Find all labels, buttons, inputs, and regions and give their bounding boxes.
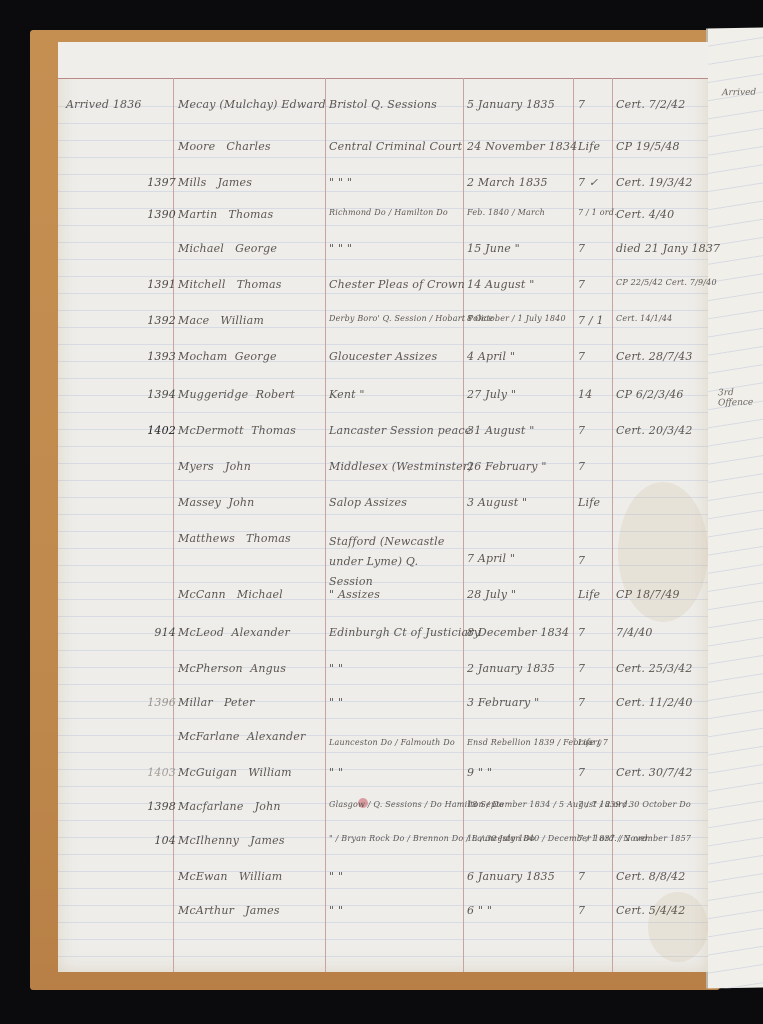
sentence: 7 [578,98,616,111]
conviction-date: 6 January 1835 [467,870,575,883]
court: Central Criminal Court [329,140,465,153]
register-row: 1398 Macfarlane John Glasgow / Q. Sessio… [58,800,708,830]
court: " " [329,766,465,779]
remark: Cert. 7/2/42 [616,98,706,111]
sentence: 7 [578,460,616,473]
court: Glasgow / Q. Sessions / Do Hamilton / Do [329,800,465,809]
remark: Cert. 30/7/42 [616,766,706,779]
register-row: 1391 Mitchell Thomas Chester Pleas of Cr… [58,278,708,308]
sentence: Life [578,140,616,153]
remark: Cert. 5/4/42 [616,904,706,917]
register-row: 1390 Martin Thomas Richmond Do / Hamilto… [58,208,708,238]
register-number: 1393 [128,350,176,363]
remark: CP 19/5/48 [616,140,706,153]
conviction-date: Feb. 1840 / March [467,208,575,217]
register-number: 1391 [128,278,176,291]
sentence: 7 [578,554,616,567]
register-row: McEwan William " " 6 January 1835 7 Cert… [58,870,708,900]
register-row: McPherson Angus " " 2 January 1835 7 Cer… [58,662,708,692]
convict-name: Mocham George [178,350,326,363]
register-row: 1394 Muggeridge Robert Kent " 27 July " … [58,388,708,418]
court: Gloucester Assizes [329,350,465,363]
conviction-date: 3 February " [467,696,575,709]
convict-name: Mills James [178,176,326,189]
convict-surname: Mecay (Mulchay) Edward [178,98,326,111]
court: Salop Assizes [329,496,465,509]
court: Stafford (Newcastle under Lyme) Q. Sessi… [329,532,461,592]
convict-name: McEwan William [178,870,326,883]
court: " " [329,870,465,883]
convict-name: Millar Peter [178,696,326,709]
register-number: 914 [128,626,176,639]
conviction-date: 8 October / 1 July 1840 [467,314,575,323]
court: " " " [329,242,465,255]
register-number: 1396 [128,696,176,709]
sentence: 7 [578,904,616,917]
register-row: Arrived 1836 Mecay (Mulchay) Edward Bris… [58,98,708,128]
conviction-date: 8 December 1834 [467,626,575,639]
convict-name: Matthews Thomas [178,532,326,545]
sentence: 14 [578,388,616,401]
remark: Cert. 19/3/42 [616,176,706,189]
register-row: Moore Charles Central Criminal Court 24 … [58,140,708,170]
convict-name: McLeod Alexander [178,626,326,639]
sentence: 7 ✓ [578,176,616,189]
convict-name: Mace William [178,314,326,327]
register-number: 1390 [128,208,176,221]
register-row: McFarlane Alexander Launceston Do / Falm… [58,730,708,760]
register-row: 1403 McGuigan William " " 9 " " 7 Cert. … [58,766,708,796]
court: " " [329,904,465,917]
convict-name: McPherson Angus [178,662,326,675]
header-rule [58,78,708,79]
convict-name: Myers John [178,460,326,473]
sentence: 7 [578,870,616,883]
convict-name: Massey John [178,496,326,509]
remark: Cert. 11/2/40 [616,696,706,709]
conviction-date: 31 August " [467,424,575,437]
conviction-date: 2 January 1835 [467,662,575,675]
convict-name: McCann Michael [178,588,326,601]
sentence: 7 [578,766,616,779]
register-row: Michael George " " " 15 June " 7 died 21… [58,242,708,272]
court: Launceston Do / Falmouth Do [329,738,465,747]
conviction-date: 14 August " [467,278,575,291]
convict-name: McFarlane Alexander [178,730,326,743]
sentence: 7 [578,350,616,363]
sentence: 7 [578,696,616,709]
sentence: Life [578,588,616,601]
register-number: 104 [128,834,176,847]
remark: CP 6/2/3/46 [616,388,706,401]
convict-name: Martin Thomas [178,208,326,221]
remark: Cert. 20/3/42 [616,424,706,437]
convict-name: Mitchell Thomas [178,278,326,291]
register-number: 1402 [128,424,176,437]
conviction-date: 3 August " [467,496,575,509]
convict-name: McDermott Thomas [178,424,326,437]
facing-page-edge: Arrived 3rd Offence [706,27,763,988]
conviction-date: 5 January 1835 [467,98,575,111]
register-row: McCann Michael " Assizes 28 July " Life … [58,588,708,618]
register-number: 1403 [128,766,176,779]
remark: CP 18/7/49 [616,588,706,601]
conviction-date: 18 / 30 July 1840 / December 1837 / Nove… [467,834,575,843]
conviction-date: 9 " " [467,766,575,779]
conviction-date: 2 March 1835 [467,176,575,189]
conviction-date: 18 September 1834 / 5 August 1839 / 30 O… [467,800,575,809]
register-number: 1392 [128,314,176,327]
court: " " " [329,176,465,189]
convict-name: McArthur James [178,904,326,917]
facing-note: 3rd Offence [718,387,763,408]
court: Bristol Q. Sessions [329,98,465,111]
remark: Cert. 4/40 [616,208,706,221]
convict-name: Michael George [178,242,326,255]
register-row: 1402 McDermott Thomas Lancaster Session … [58,424,708,454]
register-row: 1393 Mocham George Gloucester Assizes 4 … [58,350,708,380]
register-row: McArthur James " " 6 " " 7 Cert. 5/4/42 [58,904,708,934]
ledger-page: Arrived 1836 Mecay (Mulchay) Edward Bris… [58,42,708,972]
register-row: 914 McLeod Alexander Edinburgh Ct of Jus… [58,626,708,656]
conviction-date: Ensd Rebellion 1839 / February [467,738,575,747]
court: Edinburgh Ct of Justiciary [329,626,465,639]
conviction-date: 24 November 1834 [467,140,575,153]
convict-name: Moore Charles [178,140,326,153]
sentence: 7 / 7 / 2 ord. [578,800,616,809]
sentence: 7 [578,662,616,675]
court: Lancaster Session peace [329,424,465,437]
court: " Assizes [329,588,465,601]
sentence: 7 / 1 ord. / 2 ord. [578,834,616,843]
register-row: 104 McIlhenny James " / Bryan Rock Do / … [58,834,708,864]
sentence: 7 [578,278,616,291]
sentence: Life / 7 [578,738,616,747]
court: Derby Boro' Q. Session / Hobart Police [329,314,465,323]
remark: Cert. 8/8/42 [616,870,706,883]
register-row: Matthews Thomas Stafford (Newcastle unde… [58,532,708,582]
register-row: Massey John Salop Assizes 3 August " Lif… [58,496,708,526]
remark: Cert. 28/7/43 [616,350,706,363]
register-row: 1396 Millar Peter " " 3 February " 7 Cer… [58,696,708,726]
arrival-note: Arrived 1836 [66,98,174,111]
facing-note: Arrived [722,88,756,99]
conviction-date: 15 June " [467,242,575,255]
register-row: Myers John Middlesex (Westminster) 26 Fe… [58,460,708,490]
conviction-date: 26 February " [467,460,575,473]
conviction-date: 7 April " [467,552,575,565]
sentence: 7 / 1 [578,314,616,327]
convict-name: McGuigan William [178,766,326,779]
register-number: 1398 [128,800,176,813]
conviction-date: 27 July " [467,388,575,401]
convict-name: Macfarlane John [178,800,326,813]
court: Richmond Do / Hamilton Do [329,208,465,217]
sentence: 7 / 1 ord. [578,208,616,217]
conviction-date: 4 April " [467,350,575,363]
conviction-date: 28 July " [467,588,575,601]
register-row: 1397 Mills James " " " 2 March 1835 7 ✓ … [58,176,708,206]
sentence: Life [578,496,616,509]
convict-name: McIlhenny James [178,834,326,847]
sentence: 7 [578,242,616,255]
court: " " [329,662,465,675]
remark: Cert. 25/3/42 [616,662,706,675]
register-row: 1392 Mace William Derby Boro' Q. Session… [58,314,708,344]
court: Middlesex (Westminster) [329,460,465,473]
page-header-band [58,42,708,78]
remark: died 21 Jany 1837 [616,242,706,255]
register-number: 1394 [128,388,176,401]
court: Kent " [329,388,465,401]
sentence: 7 [578,424,616,437]
conviction-date: 6 " " [467,904,575,917]
remark: CP 22/5/42 Cert. 7/9/40 [616,278,706,287]
court: " " [329,696,465,709]
register-number: 1397 [128,176,176,189]
court: " / Bryan Rock Do / Brennon Do / Launces… [329,834,465,843]
remark: 7/4/40 [616,626,706,639]
convict-name: Muggeridge Robert [178,388,326,401]
remark: Cert. 14/1/44 [616,314,706,323]
sentence: 7 [578,626,616,639]
court: Chester Pleas of Crown [329,278,465,291]
